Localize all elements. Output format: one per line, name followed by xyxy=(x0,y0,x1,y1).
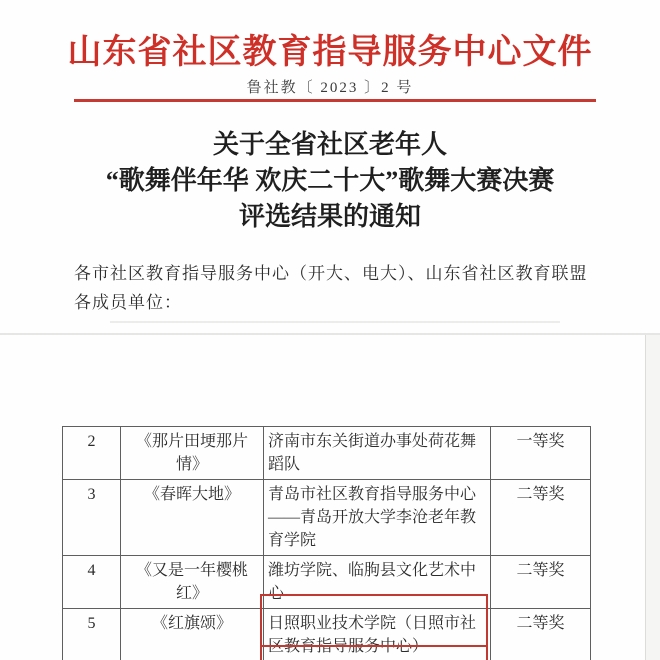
cell-award: 一等奖 xyxy=(491,427,591,480)
cell-row-number: 3 xyxy=(63,480,121,556)
recipients-line-2: 各成员单位： xyxy=(74,288,608,317)
red-highlight-box-right-extension xyxy=(486,645,488,660)
cell-song-title: 《春晖大地》 xyxy=(121,480,264,556)
cell-song-title: 《又是一年樱桃红》 xyxy=(121,556,264,609)
notice-title: 关于全省社区老年人 “歌舞伴年华 欢庆二十大”歌舞大赛决赛 评选结果的通知 xyxy=(0,127,660,235)
cell-organization: 潍坊学院、临朐县文化艺术中心 xyxy=(264,556,491,609)
cell-award: 二等奖 xyxy=(491,480,591,556)
page-seam-artifact xyxy=(110,321,560,323)
cell-row-number: 4 xyxy=(63,556,121,609)
page-right-edge xyxy=(645,335,660,660)
table-row: 5 《红旗颂》 日照职业技术学院（日照市社区教育指导服务中心） 二等奖 xyxy=(63,609,591,660)
cell-row-number: 2 xyxy=(63,427,121,480)
cell-award: 二等奖 xyxy=(491,556,591,609)
notice-title-line-1: 关于全省社区老年人 xyxy=(0,127,660,163)
table-row: 3 《春晖大地》 青岛市社区教育指导服务中心——青岛开放大学李沧老年教育学院 二… xyxy=(63,480,591,556)
page-seam xyxy=(0,333,660,335)
cell-organization: 济南市东关街道办事处荷花舞蹈队 xyxy=(264,427,491,480)
document-page: 山东省社区教育指导服务中心文件 鲁社教〔 2023 〕2 号 关于全省社区老年人… xyxy=(0,0,660,660)
notice-title-line-2: “歌舞伴年华 欢庆二十大”歌舞大赛决赛 xyxy=(0,163,660,199)
cell-song-title: 《红旗颂》 xyxy=(121,609,264,660)
document-number: 鲁社教〔 2023 〕2 号 xyxy=(0,76,660,97)
table-row: 2 《那片田埂那片情》 济南市东关街道办事处荷花舞蹈队 一等奖 xyxy=(63,427,591,480)
results-table: 2 《那片田埂那片情》 济南市东关街道办事处荷花舞蹈队 一等奖 3 《春晖大地》… xyxy=(62,426,591,660)
cell-organization-highlighted: 日照职业技术学院（日照市社区教育指导服务中心） xyxy=(264,609,491,660)
cell-organization: 青岛市社区教育指导服务中心——青岛开放大学李沧老年教育学院 xyxy=(264,480,491,556)
cell-song-title: 《那片田埂那片情》 xyxy=(121,427,264,480)
recipients: 各市社区教育指导服务中心（开大、电大）、山东省社区教育联盟 各成员单位： xyxy=(74,259,608,317)
recipients-line-1: 各市社区教育指导服务中心（开大、电大）、山东省社区教育联盟 xyxy=(74,259,608,288)
notice-title-line-3: 评选结果的通知 xyxy=(0,199,660,235)
letterhead-title: 山东省社区教育指导服务中心文件 xyxy=(0,24,660,73)
cell-award: 二等奖 xyxy=(491,609,591,660)
red-separator-line xyxy=(74,99,596,102)
table-row: 4 《又是一年樱桃红》 潍坊学院、临朐县文化艺术中心 二等奖 xyxy=(63,556,591,609)
red-highlight-box-left-extension xyxy=(260,645,262,660)
cell-row-number: 5 xyxy=(63,609,121,660)
